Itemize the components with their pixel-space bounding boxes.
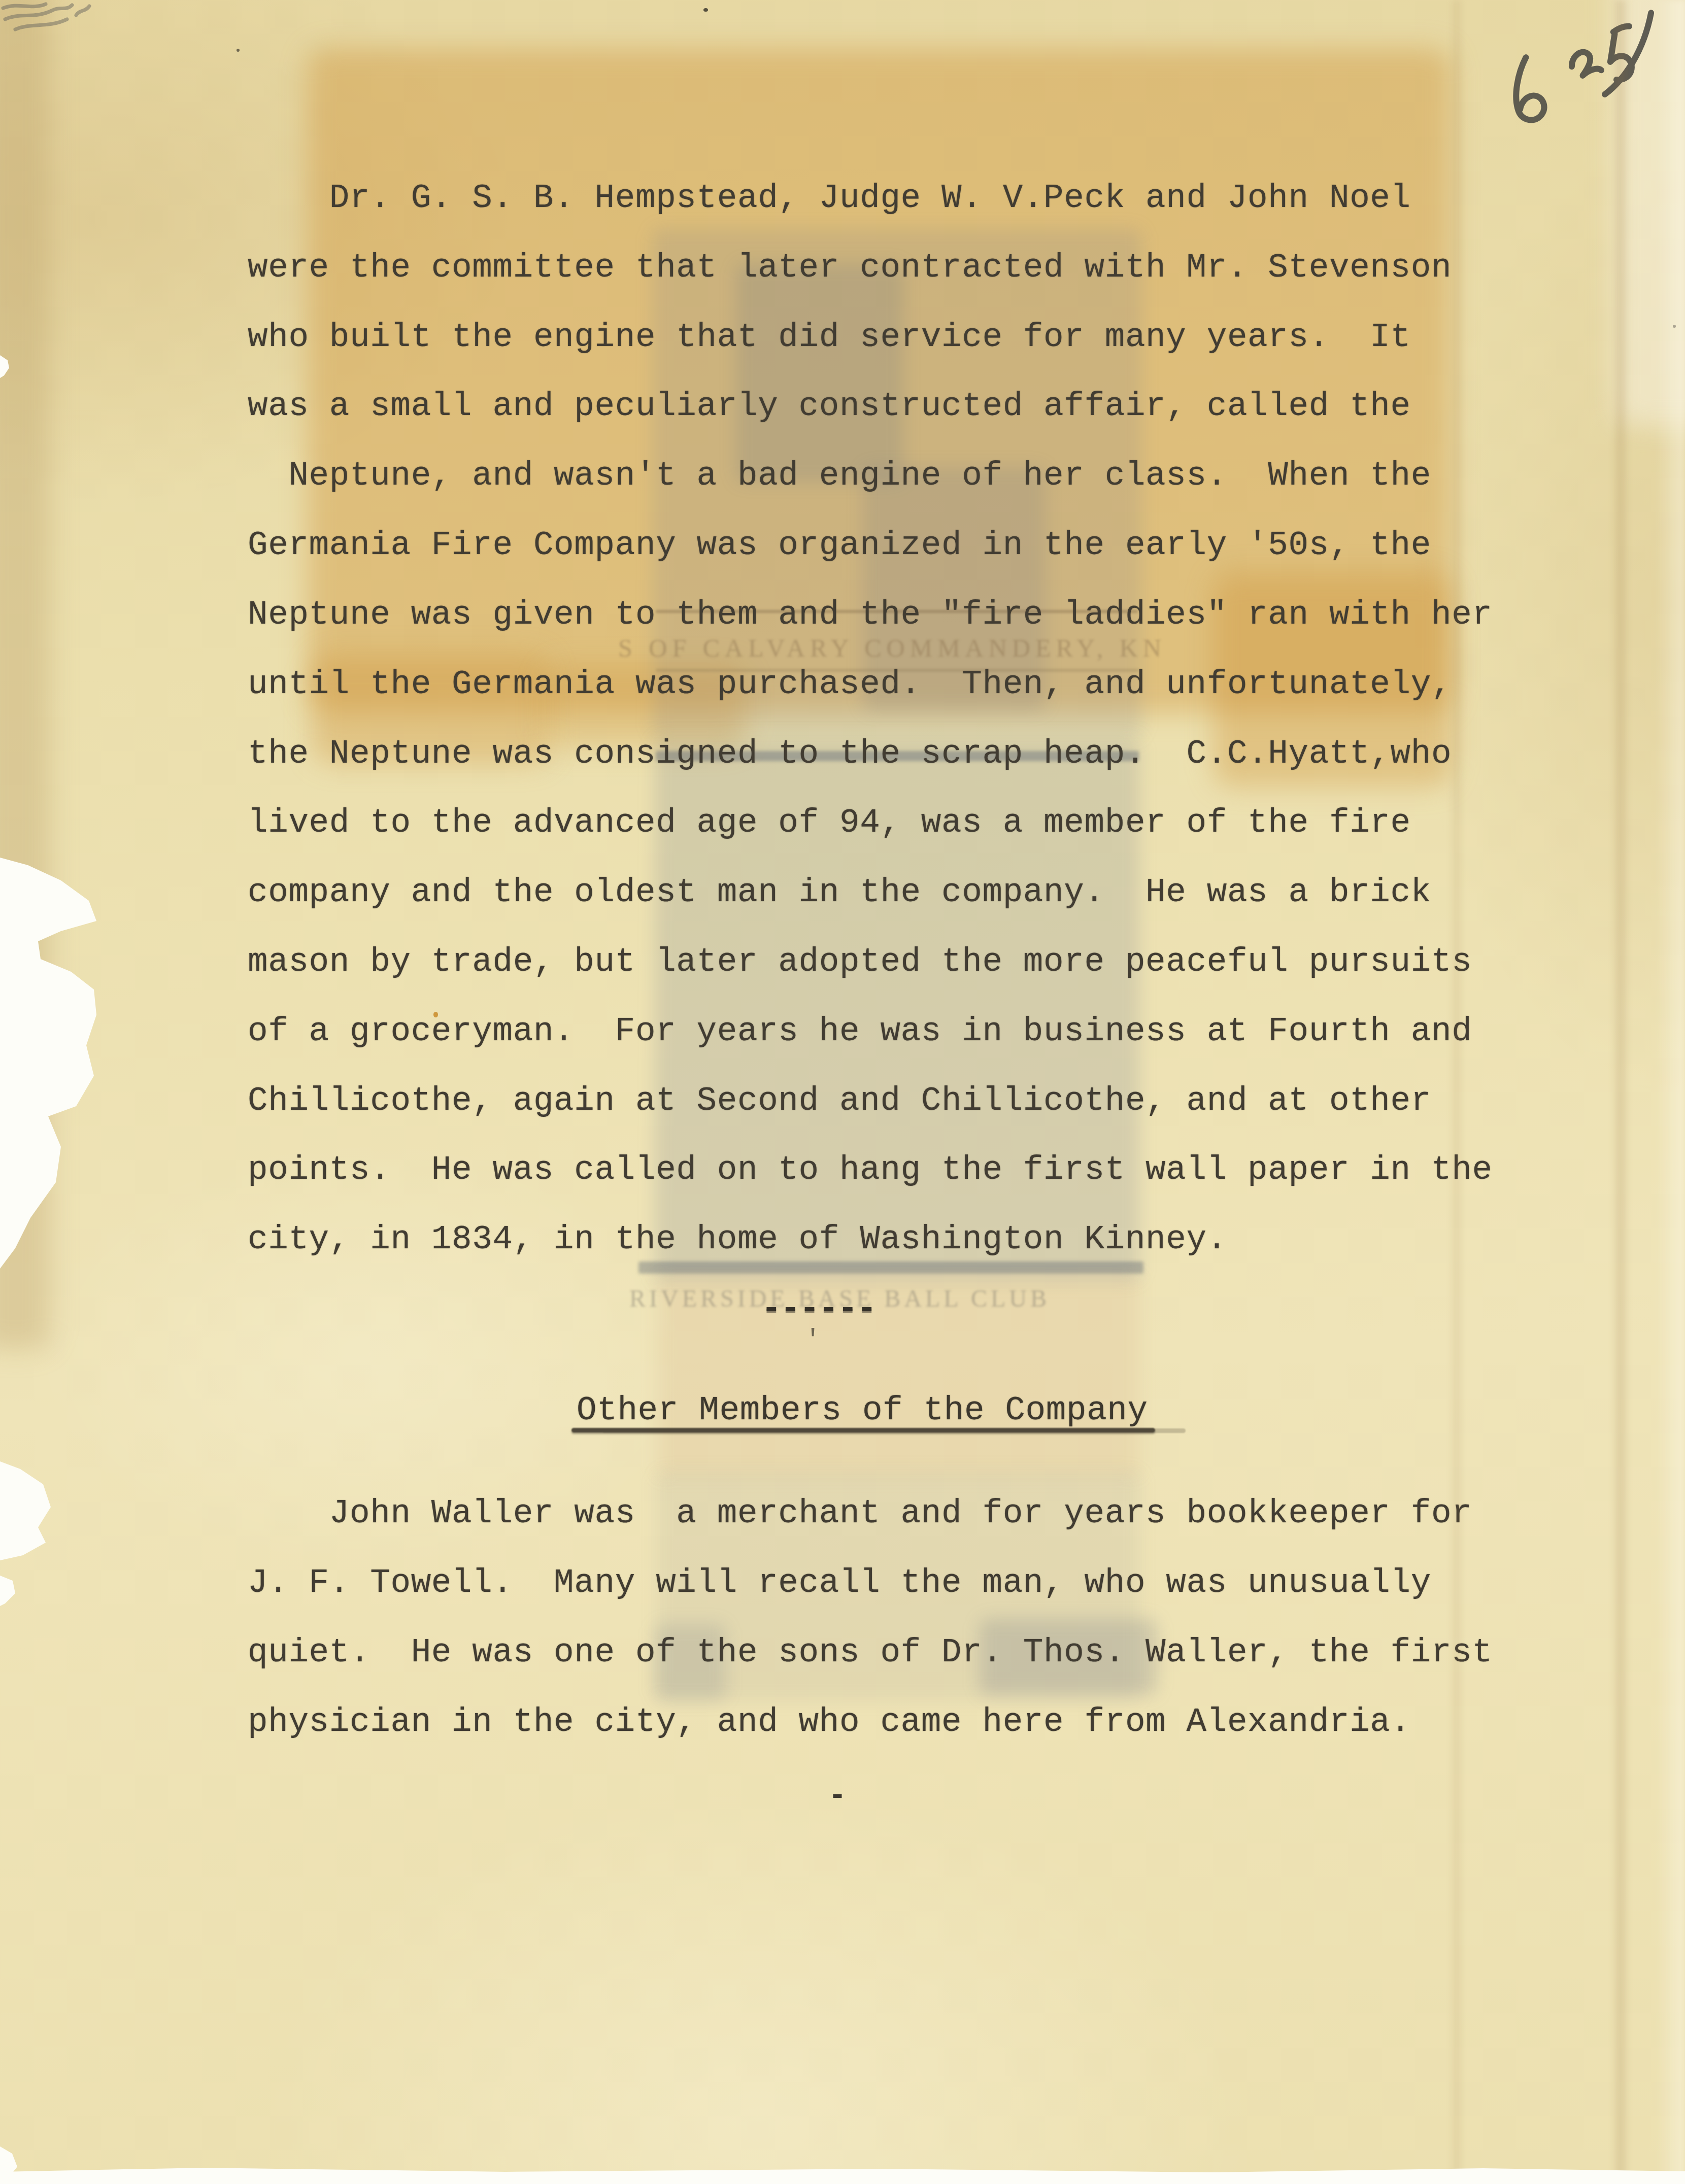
typed-end-mark: -	[828, 1779, 847, 1814]
orange-speck	[433, 1012, 438, 1017]
torn-edge-left-large	[0, 858, 102, 1271]
vertical-crease-mid-right	[1450, 0, 1464, 2184]
typed-line: Chillicothe, again at Second and Chillic…	[248, 1083, 1431, 1119]
handwritten-number-strokes	[1472, 3, 1685, 124]
typed-line: city, in 1834, in the home of Washington…	[248, 1222, 1227, 1257]
handwritten-number	[1472, 3, 1685, 124]
ink-speck	[237, 49, 240, 52]
typed-line: company and the oldest man in the compan…	[248, 875, 1431, 910]
typed-line: quiet. He was one of the sons of Dr. Tho…	[248, 1635, 1493, 1670]
typed-line: lived to the advanced age of 94, was a m…	[248, 805, 1411, 841]
typed-line: was a small and peculiarly constructed a…	[248, 389, 1411, 424]
typed-line: Neptune was given to them and the "fire …	[248, 597, 1493, 633]
section-heading-underline	[571, 1428, 1155, 1432]
section-heading: Other Members of the Company	[577, 1393, 1148, 1428]
scan-edge-bottom	[0, 2166, 1685, 2184]
typed-line: physician in the city, and who came here…	[248, 1704, 1411, 1740]
ink-speck	[703, 8, 708, 12]
bleedthrough-stamp-commandery: S OF CALVARY COMMANDERY, KN	[618, 633, 1166, 663]
typed-line: were the committee that later contracted…	[248, 250, 1452, 286]
bleedthrough-engraving-upper-blob1	[736, 264, 903, 482]
typed-line: Germania Fire Company was organized in t…	[248, 528, 1431, 563]
stray-typed-tick: '	[805, 1325, 821, 1355]
torn-edge-left-mid	[0, 1461, 56, 1563]
typed-line: Dr. G. S. B. Hempstead, Judge W. V.Peck …	[248, 181, 1411, 216]
typed-line: John Waller was a merchant and for years…	[248, 1496, 1472, 1531]
bleedthrough-engraving-mid-bottom-edge	[638, 1261, 1143, 1274]
typed-section-separator: ------	[761, 1291, 876, 1327]
scanned-document-page: S OF CALVARY COMMANDERY, KN RIVERSIDE BA…	[0, 0, 1685, 2184]
typed-line: of a groceryman. For years he was in bus…	[248, 1014, 1472, 1049]
pencil-scribble-strokes	[0, 0, 142, 51]
typed-line: J. F. Towell. Many will recall the man, …	[248, 1565, 1431, 1601]
typed-line: who built the engine that did service fo…	[248, 320, 1411, 355]
typed-line: mason by trade, but later adopted the mo…	[248, 944, 1472, 980]
typed-line: points. He was called on to hang the fir…	[248, 1152, 1493, 1188]
typed-line: the Neptune was consigned to the scrap h…	[248, 736, 1452, 772]
typed-line: until the Germania was purchased. Then, …	[248, 667, 1452, 702]
pencil-scribble	[0, 0, 142, 51]
right-edge-highlight	[1656, 0, 1685, 2184]
typed-line: Neptune, and wasn't a bad engine of her …	[248, 458, 1431, 494]
torn-edge-left-sliver	[0, 1576, 18, 1607]
vertical-crease-right	[1612, 0, 1629, 2184]
